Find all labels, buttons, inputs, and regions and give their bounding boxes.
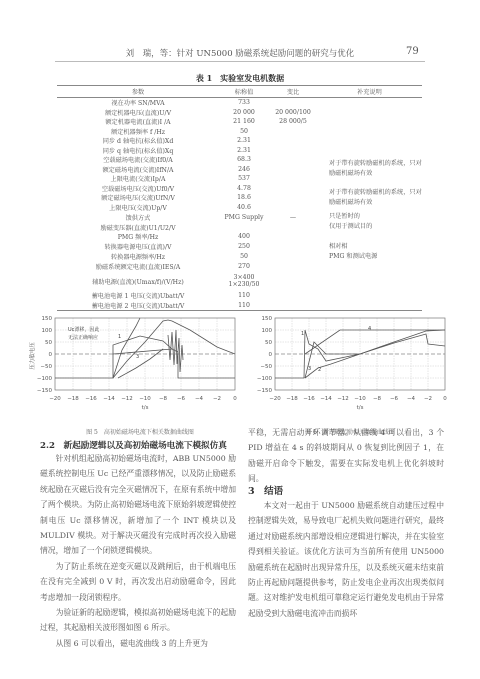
table-row: 蓄电池电源 1 电压(交流)Ubatt/V110	[57, 291, 422, 301]
ratio-cell	[269, 232, 317, 242]
note-cell: PMG 和测试电源	[317, 252, 422, 262]
figure-5-chart: 150 100 50 0 −50 −100 −150 −20 −18 −16 −…	[22, 310, 242, 415]
value-cell: 110	[219, 301, 269, 311]
fig6-xlabel: t/s	[357, 405, 364, 411]
param-cell: 辅助电源(直流)(Umax/f)/(V/Hz)	[57, 271, 219, 291]
generator-data-table: 参数 标称值 变比 补充说明 视在功率 SN/MVA733 额定机器电压(直流)…	[57, 85, 422, 311]
table-row: 转换器电源电压(直流)/V250相对相	[57, 242, 422, 252]
value-cell: 270	[219, 262, 269, 272]
svg-text:100: 100	[262, 328, 273, 334]
ratio-cell	[269, 301, 317, 311]
param-cell: 额定机器电压(直流)U/V	[57, 108, 219, 118]
note-cell: 只是暂时的	[317, 212, 422, 222]
value-cell: 733	[219, 98, 269, 108]
value-cell: 68.3	[219, 155, 269, 165]
note-cell	[317, 301, 422, 311]
param-cell: 转换器电源频率/Hz	[57, 252, 219, 262]
svg-text:−14: −14	[103, 396, 115, 402]
table-row: 同步 q 轴电抗(标幺值)Xq2.31	[57, 146, 422, 156]
col-header-param: 参数	[57, 86, 219, 98]
svg-text:1: 1	[301, 331, 304, 337]
svg-text:−100: −100	[257, 376, 273, 382]
value-cell: 3×4001×230/50	[219, 271, 269, 291]
table-row: 蓄电池电源 2 电压(交流)Ubatt/V110	[57, 301, 422, 311]
svg-text:150: 150	[262, 316, 273, 322]
table-row: 额定机器频率 f /Hz50	[57, 127, 422, 137]
note-cell: 对于带有旋转励磁机的系统，只对励磁机磁场有效	[317, 184, 422, 213]
param-cell: 同步 q 轴电抗(标幺值)Xq	[57, 146, 219, 156]
svg-text:100: 100	[42, 328, 53, 334]
svg-text:−50: −50	[40, 364, 52, 370]
value-cell: 537	[219, 174, 269, 184]
note-cell	[317, 232, 422, 242]
note-cell: 仅用于测试目的	[317, 222, 422, 232]
ratio-cell	[269, 242, 317, 252]
col-header-note: 补充说明	[317, 86, 422, 98]
note-cell	[317, 291, 422, 301]
value-cell: 50	[219, 252, 269, 262]
ratio-cell	[269, 203, 317, 213]
note-cell: 相对相	[317, 242, 422, 252]
svg-text:3: 3	[308, 366, 311, 372]
paragraph: 针对机组起励高初始磁场电流时，ABB UN5000 励磁系统控制电压 Uc 已经…	[40, 451, 236, 559]
param-cell: 额定磁场电流(交流)IfN/A	[57, 165, 219, 175]
svg-text:−20: −20	[269, 396, 281, 402]
svg-text:−150: −150	[37, 388, 53, 394]
value-cell: 4.78	[219, 184, 269, 194]
ratio-cell	[269, 184, 317, 194]
figure-5-plot: 150 100 50 0 −50 −100 −150 −20 −18 −16 −…	[22, 310, 242, 415]
svg-text:2: 2	[318, 367, 321, 373]
svg-text:−18: −18	[286, 396, 298, 402]
table-row: 额定机器电压(直流)U/V20 00020 000/100	[57, 108, 422, 118]
figure-6-chart: 150 100 50 0 −50 −100 −150 −20 −18 −16 −…	[244, 310, 464, 415]
ratio-cell	[269, 193, 317, 203]
svg-text:3: 3	[136, 354, 139, 360]
param-cell: 额定机器电流(直流)I /A	[57, 117, 219, 127]
fig5-xlabel: t/s	[142, 405, 149, 411]
paragraph: 为验证新的起励逻辑，模拟高初始磁场电流下的起励过程，其起励相关波形图如图 6 所…	[40, 605, 236, 636]
param-cell: 空载磁场电压(交流)Uf0/V	[57, 184, 219, 194]
ratio-cell	[269, 271, 317, 291]
table-row: 空载磁场电流(交流)If0/A68.3对于带有旋转励磁机的系统，只对励磁机磁场有…	[57, 155, 422, 165]
param-cell: 上限电流(交流)Ip/A	[57, 174, 219, 184]
value-cell: 246	[219, 165, 269, 175]
table-row: PMG 频率/Hz400	[57, 232, 422, 242]
svg-text:−2: −2	[424, 396, 432, 402]
fig5-annotation-line1: Uc漂移，因此	[68, 326, 99, 333]
param-cell: 转换器电源电压(直流)/V	[57, 242, 219, 252]
table-row: 空载磁场电压(交流)Uf0/V4.78对于带有旋转励磁机的系统，只对励磁机磁场有…	[57, 184, 422, 194]
param-cell: 励磁变压器(直流)U1/U2/V	[57, 222, 219, 232]
svg-text:−2: −2	[213, 396, 221, 402]
left-column-body: 针对机组起励高初始磁场电流时，ABB UN5000 励磁系统控制电压 Uc 已经…	[40, 451, 236, 651]
value-cell: 18.6	[219, 193, 269, 203]
paragraph: 本文对一起由于 UN5000 励磁系统自动建压过程中控制逻辑失效，易导致电厂起机…	[248, 498, 444, 621]
param-cell: 蓄电池电源 1 电压(交流)Ubatt/V	[57, 291, 219, 301]
note-cell	[317, 127, 422, 137]
fig5-ylabel: 压力敏电压	[28, 342, 36, 370]
value-cell: 20 000	[219, 108, 269, 118]
svg-text:4: 4	[368, 326, 371, 332]
ratio-cell	[269, 146, 317, 156]
note-cell	[317, 117, 422, 127]
note-cell	[317, 98, 422, 108]
section-2-2-heading: 2.2 新起励逻辑以及高初始磁场电流下模拟仿真	[40, 439, 240, 451]
ratio-cell	[269, 252, 317, 262]
param-cell: 励磁系统额定电流(直流)IES/A	[57, 262, 219, 272]
svg-text:−6: −6	[390, 396, 399, 402]
table-row: 额定机器电流(直流)I /A21 16028 000/5	[57, 117, 422, 127]
value-cell: 2.31	[219, 136, 269, 146]
table-row: 视在功率 SN/MVA733	[57, 98, 422, 108]
svg-text:0: 0	[49, 352, 53, 358]
ratio-cell	[269, 136, 317, 146]
svg-text:−6: −6	[177, 396, 186, 402]
right-column-continued: 平稳，无需启动开环调节器。从曲线 4 可以看出，3 个 PID 增益在 4 s …	[248, 425, 444, 487]
value-cell: 50	[219, 127, 269, 137]
svg-text:50: 50	[45, 340, 52, 346]
ratio-cell	[269, 174, 317, 184]
note-cell	[317, 136, 422, 146]
svg-text:−12: −12	[121, 396, 133, 402]
note-cell	[317, 271, 422, 291]
svg-text:−100: −100	[37, 376, 53, 382]
param-cell: 蓄电池电源 2 电压(交流)Ubatt/V	[57, 301, 219, 311]
table-row: 同步 d 轴电抗(标幺值)Xd2.31	[57, 136, 422, 146]
svg-text:−8: −8	[373, 396, 382, 402]
value-cell: 21 160	[219, 117, 269, 127]
svg-text:50: 50	[265, 340, 272, 346]
svg-text:−16: −16	[85, 396, 97, 402]
table-header-row: 参数 标称值 变比 补充说明	[57, 86, 422, 98]
col-header-value: 标称值	[219, 86, 269, 98]
svg-text:−16: −16	[303, 396, 315, 402]
svg-text:−18: −18	[67, 396, 79, 402]
svg-text:−10: −10	[354, 396, 366, 402]
value-cell: 2.31	[219, 146, 269, 156]
table-row: 转换器电源频率/Hz50PMG 和测试电源	[57, 252, 422, 262]
ratio-cell	[269, 127, 317, 137]
value-cell	[219, 222, 269, 232]
svg-text:−4: −4	[195, 396, 204, 402]
ratio-cell: 20 000/100	[269, 108, 317, 118]
svg-text:0: 0	[443, 396, 447, 402]
svg-text:−14: −14	[320, 396, 332, 402]
svg-text:0: 0	[233, 396, 237, 402]
note-cell	[317, 262, 422, 272]
table-row: 励磁变压器(直流)U1/U2/V仅用于测试目的	[57, 222, 422, 232]
svg-text:−150: −150	[257, 388, 273, 394]
running-title: 刘 瑞，等：针对 UN5000 励磁系统起励问题的研究与优化	[55, 47, 425, 59]
table-row: 励磁系统额定电流(直流)IES/A270	[57, 262, 422, 272]
ratio-cell	[269, 165, 317, 175]
value-cell: 40.6	[219, 203, 269, 213]
value-cell: 400	[219, 232, 269, 242]
col-header-ratio: 变比	[269, 86, 317, 98]
svg-text:1: 1	[118, 334, 121, 340]
section-3-heading: 3 结语	[248, 483, 444, 497]
header-rule	[55, 61, 425, 62]
svg-text:−20: −20	[49, 396, 61, 402]
value-line-1: 3×400	[219, 274, 269, 281]
ratio-cell	[269, 262, 317, 272]
svg-text:−12: −12	[337, 396, 349, 402]
figure-6-plot: 150 100 50 0 −50 −100 −150 −20 −18 −16 −…	[244, 310, 464, 415]
table-row: 辅助电源(直流)(Umax/f)/(V/Hz)3×4001×230/50	[57, 271, 422, 291]
ratio-cell	[269, 155, 317, 165]
value-line-2: 1×230/50	[219, 281, 269, 288]
param-cell: 额定机器频率 f /Hz	[57, 127, 219, 137]
ratio-cell: —	[269, 212, 317, 222]
page-number: 79	[406, 46, 419, 57]
param-cell: 额定磁场电压(交流)UfN/V	[57, 193, 219, 203]
svg-text:−8: −8	[159, 396, 168, 402]
paragraph: 平稳，无需启动开环调节器。从曲线 4 可以看出，3 个 PID 增益在 4 s …	[248, 425, 444, 487]
ratio-cell	[269, 98, 317, 108]
conclusion-body: 本文对一起由于 UN5000 励磁系统自动建压过程中控制逻辑失效，易导致电厂起机…	[248, 498, 444, 621]
ratio-cell	[269, 222, 317, 232]
svg-text:−4: −4	[407, 396, 416, 402]
note-cell	[317, 108, 422, 118]
param-cell: 视在功率 SN/MVA	[57, 98, 219, 108]
param-cell: 同步 d 轴电抗(标幺值)Xd	[57, 136, 219, 146]
note-cell	[317, 146, 422, 156]
paragraph: 从图 6 可以看出，磁电流曲线 3 的上升更为	[40, 636, 236, 651]
value-cell: 110	[219, 291, 269, 301]
figure-5-caption: 图 5 高初始磁场电流下相关数据曲线图	[40, 427, 240, 436]
table-caption: 表 1 实验室发电机数据	[55, 73, 425, 84]
fig5-annotation-line2: 无法正确响应	[68, 334, 98, 341]
param-cell: 馈供方式	[57, 212, 219, 222]
ratio-cell: 28 000/5	[269, 117, 317, 127]
value-cell: PMG Supply	[219, 212, 269, 222]
svg-text:0: 0	[269, 352, 273, 358]
param-cell: PMG 频率/Hz	[57, 232, 219, 242]
value-cell: 250	[219, 242, 269, 252]
paragraph: 为了防止系统在逆变灭磁以及跳闸后，由于机端电压在没有完全减到 0 V 时，再次发…	[40, 559, 236, 605]
note-cell: 对于带有旋转励磁机的系统，只对励磁机磁场有效	[317, 155, 422, 184]
svg-text:−50: −50	[260, 364, 272, 370]
param-cell: 空载磁场电流(交流)If0/A	[57, 155, 219, 165]
svg-text:150: 150	[42, 316, 53, 322]
param-cell: 上限电压(交流)Up/V	[57, 203, 219, 213]
svg-text:−10: −10	[139, 396, 151, 402]
ratio-cell	[269, 291, 317, 301]
table-row: 馈供方式PMG Supply—只是暂时的	[57, 212, 422, 222]
